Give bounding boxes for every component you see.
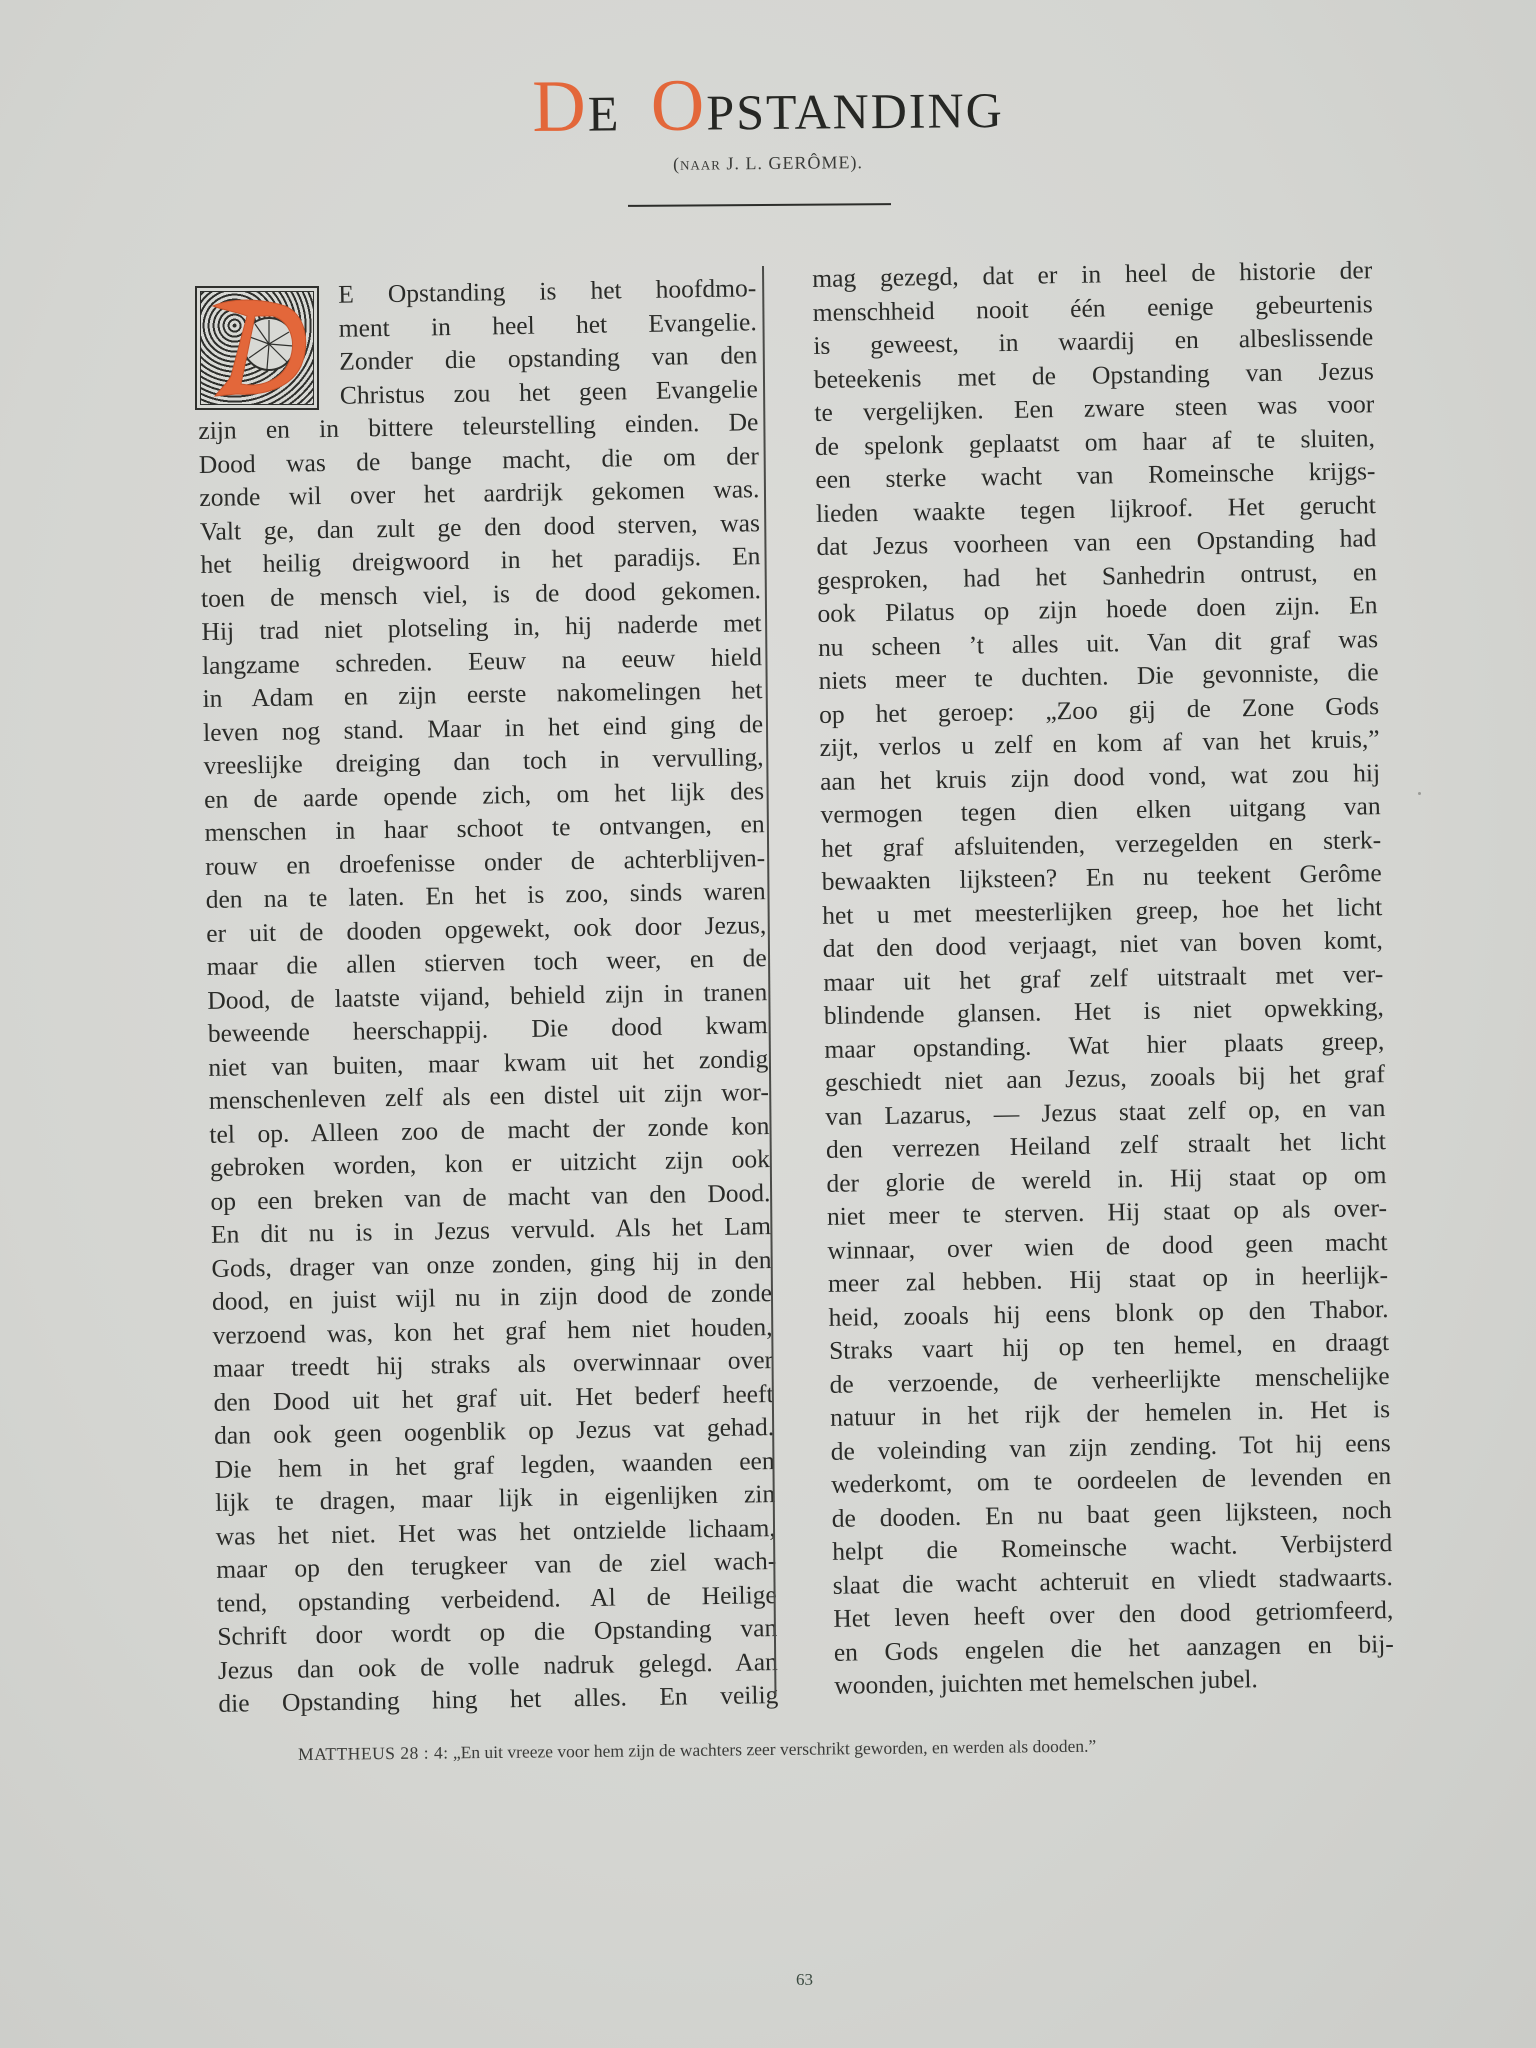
page-number: 63	[796, 1970, 813, 1990]
title-initial-d: D	[532, 66, 588, 148]
scripture-caption: MATTHEUS 28 : 4: „En uit vreeze voor hem…	[298, 1732, 1398, 1765]
page-title: DE OPSTANDING	[0, 61, 1536, 148]
right-text-column: mag gezegd, dat er in heel de historie d…	[812, 253, 1395, 1702]
left-text-column: E Opstanding is het hoofdmo- ment in hee…	[196, 271, 779, 1720]
title-initial-o: O	[650, 65, 706, 147]
title-divider-rule	[628, 203, 891, 207]
paper-speck	[1418, 792, 1421, 795]
title-word-de: DE	[532, 85, 620, 142]
scripture-reference: MATTHEUS 28 : 4:	[298, 1742, 449, 1764]
title-word-opstanding: OPSTANDING	[651, 82, 1004, 141]
scripture-quote: „En uit vreeze voor hem zijn de wachters…	[448, 1736, 1096, 1763]
subtitle-attribution: (NAAR J. L. GERÔME).	[0, 146, 1536, 180]
